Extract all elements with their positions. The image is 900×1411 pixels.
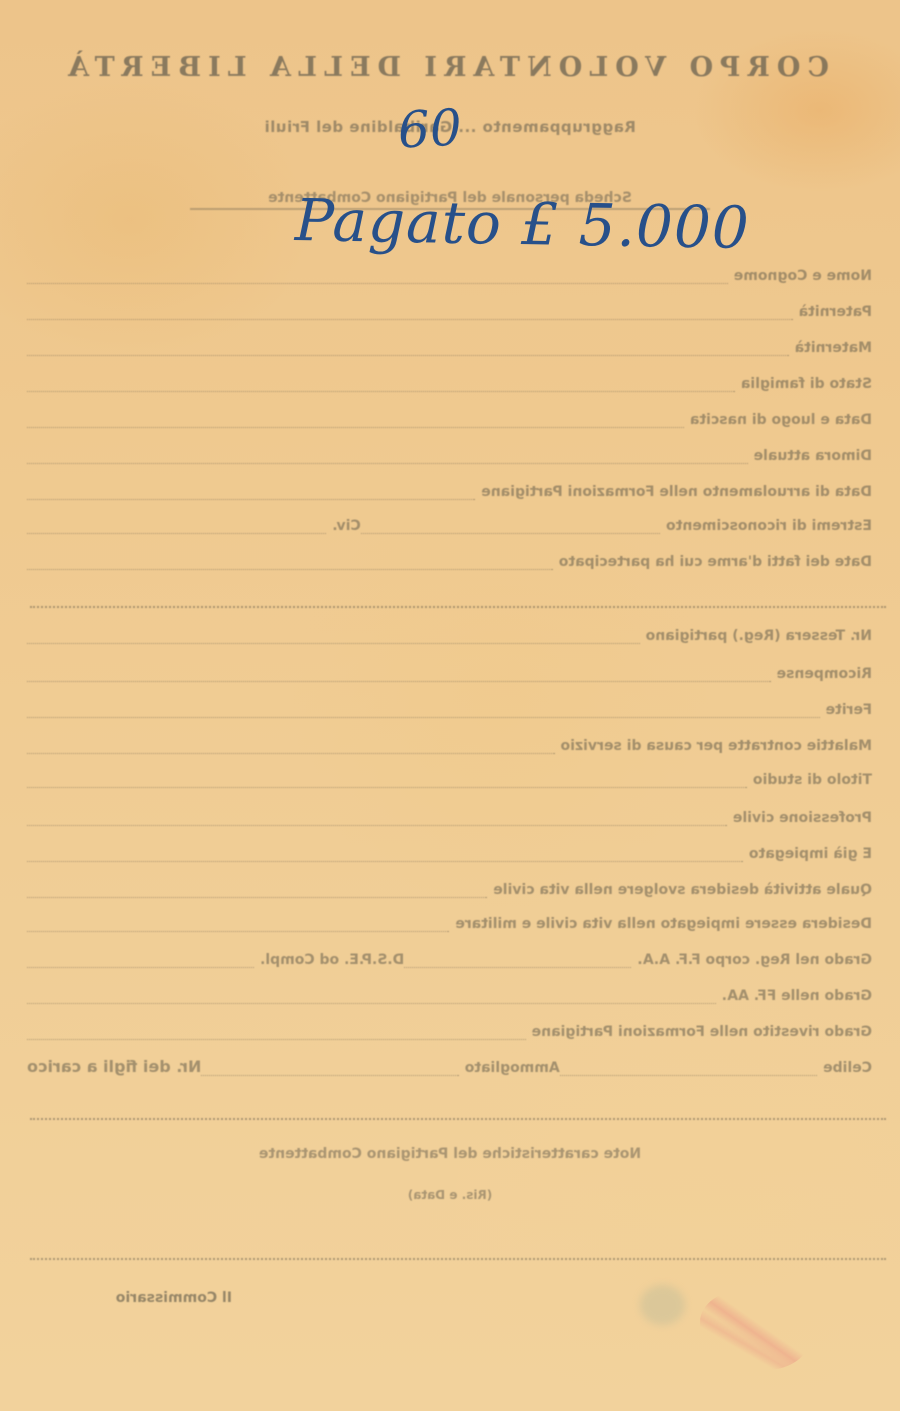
field-row: Ferite xyxy=(27,696,872,718)
field-row: Ricompense xyxy=(27,660,872,682)
field-row: Desidera essere impiegato nella vita civ… xyxy=(27,910,872,932)
field-row: Titolo di studio xyxy=(27,766,872,788)
handwritten-payment-note: Pagato £ 5.000 xyxy=(294,186,750,262)
red-pencil-mark xyxy=(700,1290,810,1370)
field-row: Professione civile xyxy=(27,804,872,826)
form-title: CORPO VOLONTARI DELLA LIBERTÀ xyxy=(45,52,845,83)
field-row: E già impiegato xyxy=(27,840,872,862)
document-page: CORPO VOLONTARI DELLA LIBERTÀ Raggruppam… xyxy=(0,0,900,1411)
signature-label: Il Commissario xyxy=(116,1290,232,1306)
field-row: Estremi di riconoscimentoCiv. xyxy=(27,512,872,534)
field-row: CelibeAmmogliatoNr. dei figli a carico xyxy=(27,1054,872,1076)
field-row: Dimora attuale xyxy=(27,442,872,464)
divider xyxy=(30,1118,886,1120)
divider xyxy=(30,1258,886,1260)
field-row: Grado nelle FF. AA. xyxy=(27,982,872,1004)
divider xyxy=(30,606,886,608)
field-row: Data di arruolamento nelle Formazioni Pa… xyxy=(27,478,872,500)
handwritten-number: 60 xyxy=(397,98,464,159)
field-row: Stato di famiglia xyxy=(27,370,872,392)
field-row: Date dei fatti d'arme cui ha partecipato xyxy=(27,548,872,570)
field-row: Nome e Cognome xyxy=(27,262,872,284)
field-row: Grado nel Reg. corpo F.F. A.A.D.S.P.E. o… xyxy=(27,946,872,968)
field-row: Grado rivestito nelle Formazioni Partigi… xyxy=(27,1018,872,1040)
faded-stamp-mark xyxy=(640,1285,685,1325)
footer-sub: (Ris. e Data) xyxy=(200,1188,700,1202)
field-row: Quale attività desidera svolgere nella v… xyxy=(27,876,872,898)
field-row: Nr. Tessera (Reg.) partigiano xyxy=(27,622,872,644)
field-row: Paternità xyxy=(27,298,872,320)
field-row: Malattie contratte per causa di servizio xyxy=(27,732,872,754)
field-row: Data e luogo di nascita xyxy=(27,406,872,428)
field-row: Maternità xyxy=(27,334,872,356)
footer-heading: Note caratteristiche del Partigiano Comb… xyxy=(200,1146,700,1162)
